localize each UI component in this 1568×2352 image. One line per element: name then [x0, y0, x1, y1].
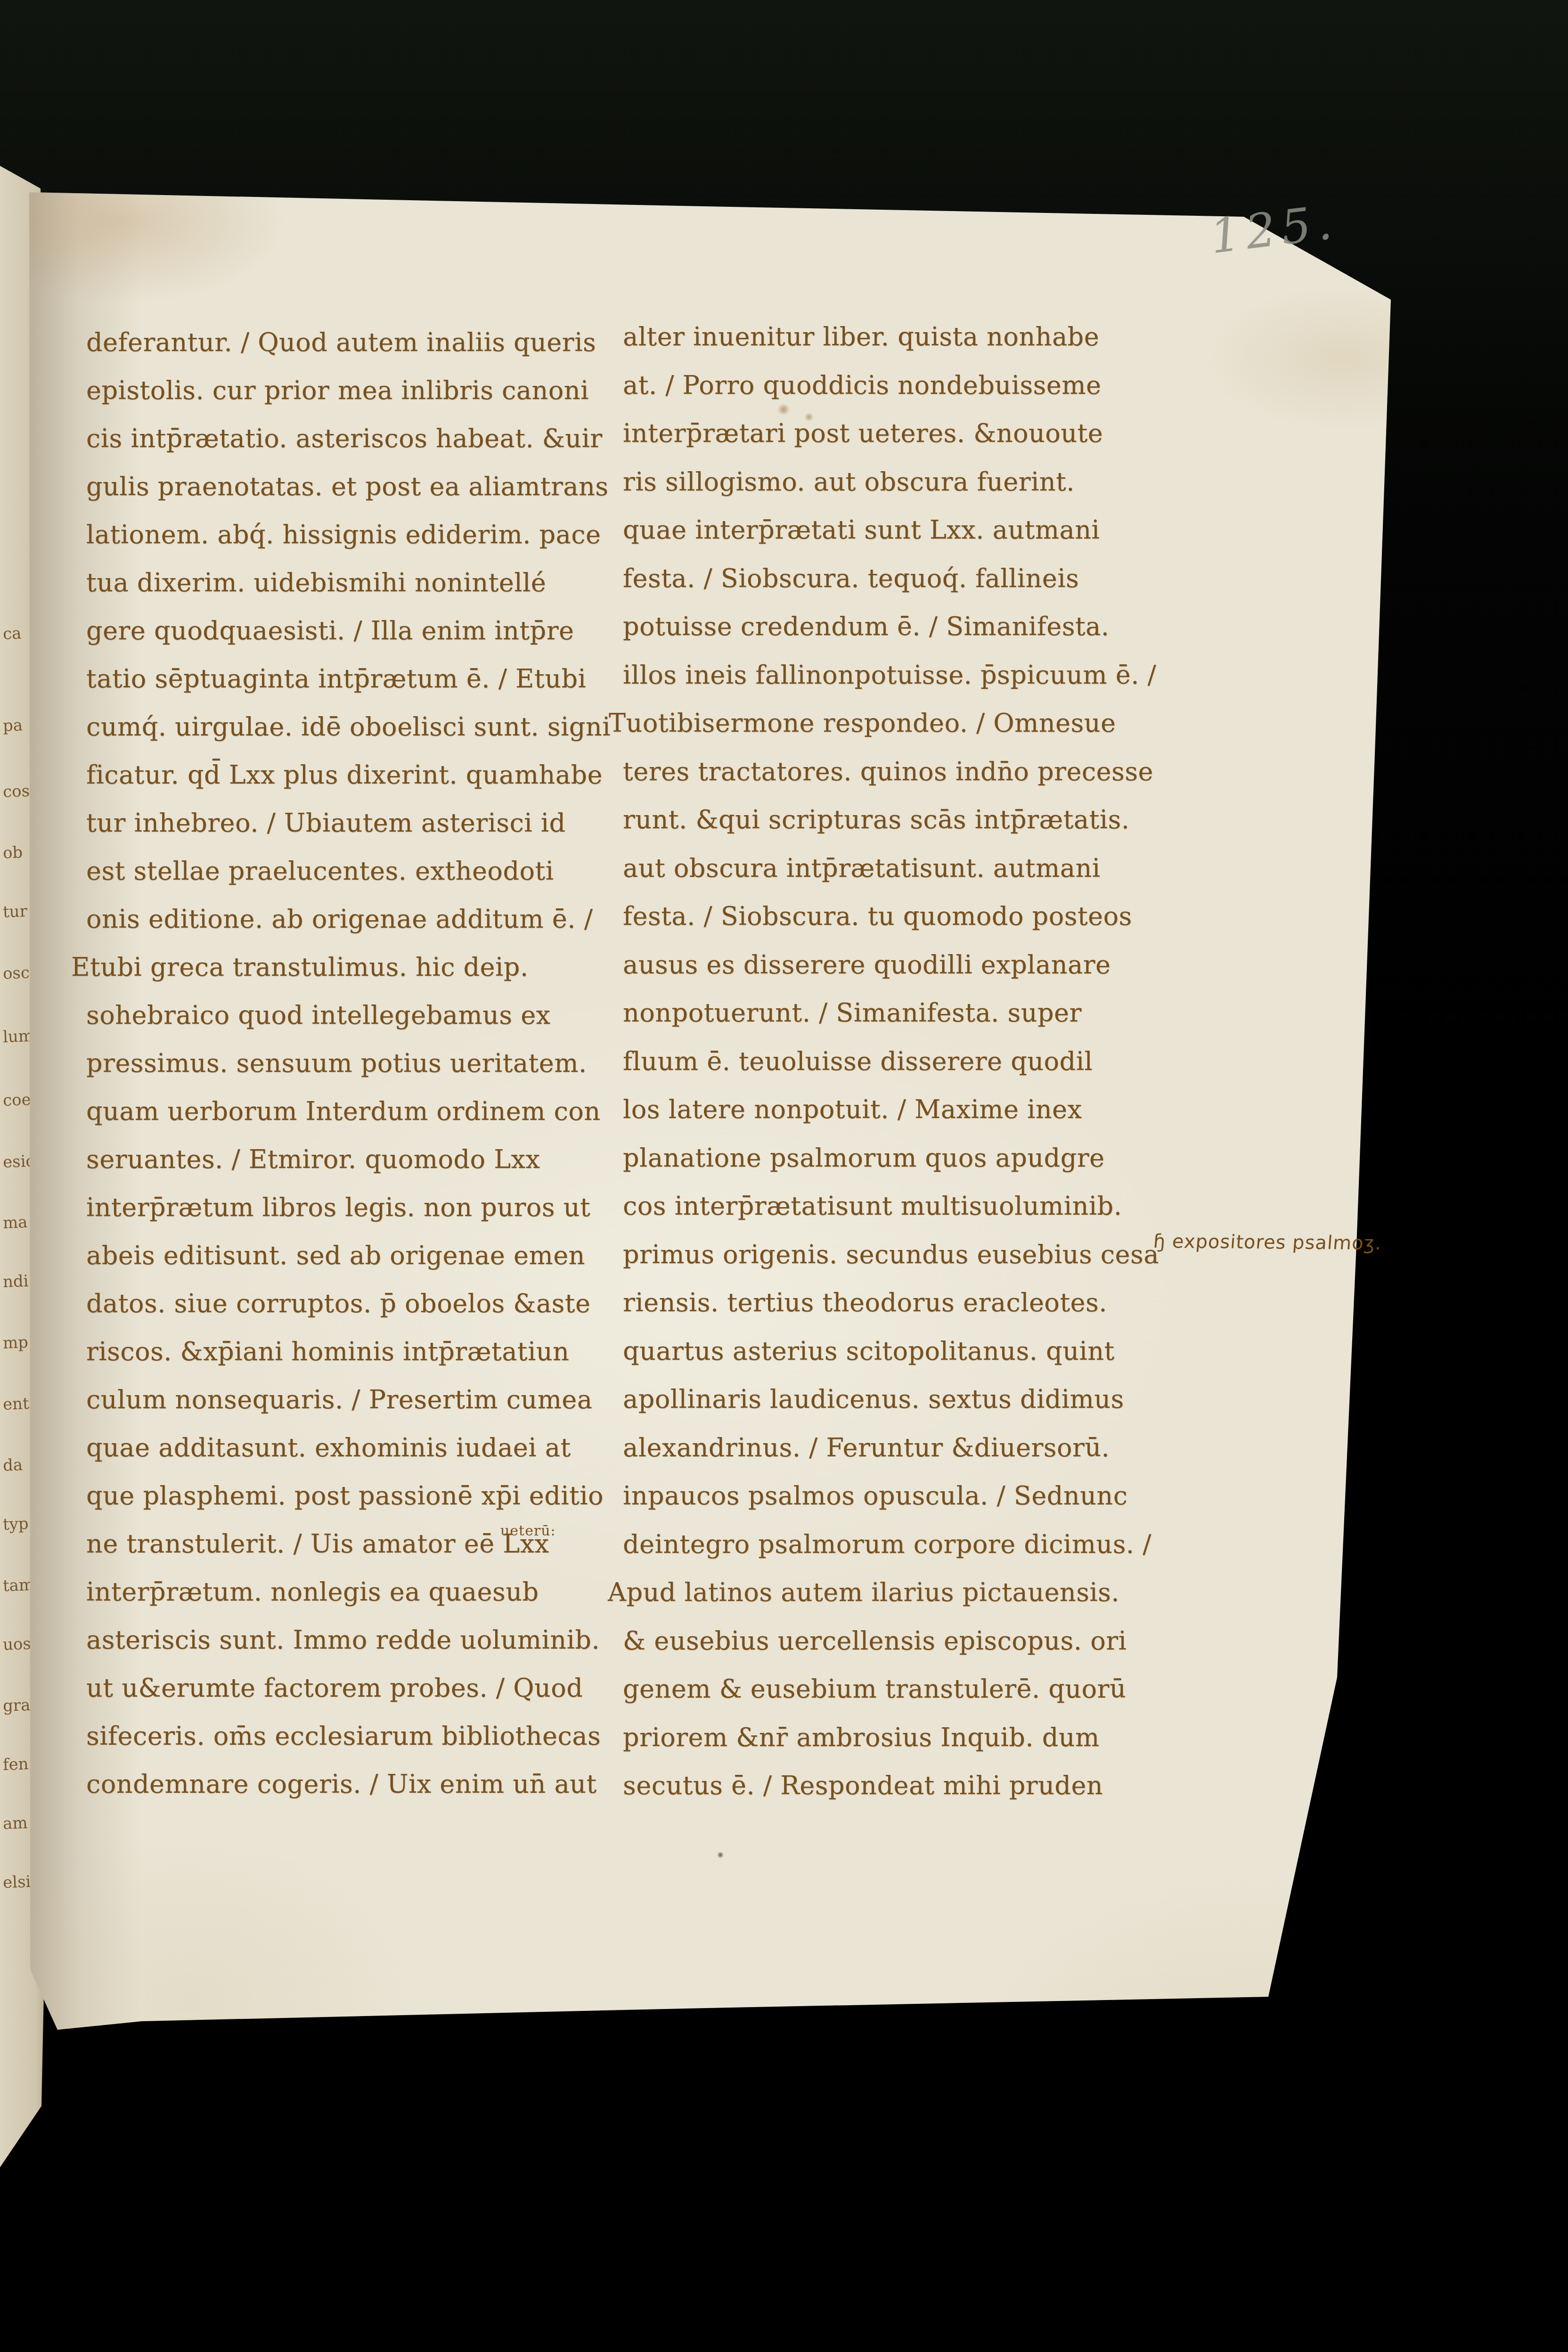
- manuscript-line: teres tractatores. quinos indn̄o precess…: [623, 759, 1153, 784]
- manuscript-line: onis editione. ab origenae additum ē. /: [86, 906, 593, 932]
- manuscript-line: quae additasunt. exhominis iudaei at: [86, 1435, 571, 1461]
- gutter-text-fragment: ent: [2, 1394, 29, 1414]
- gutter-text-fragment: elsi: [2, 1872, 31, 1892]
- manuscript-line: epistolis. cur prior mea inlibris canoni: [86, 378, 589, 403]
- fox-spot: [776, 404, 791, 415]
- manuscript-line: interp̄rætari post ueteres. &nououte: [623, 421, 1103, 446]
- manuscript-line: gulis praenotatas. et post ea aliamtrans: [86, 474, 609, 499]
- manuscript-line: fluum ē. teuoluisse disserere quodil: [623, 1049, 1093, 1074]
- manuscript-line: aut obscura intp̄rætatisunt. autmani: [623, 856, 1101, 881]
- manuscript-line: festa. / Siobscura. tequoq́. fallineis: [623, 566, 1079, 591]
- manuscript-line: alexandrinus. / Feruntur &diuersorū.: [623, 1435, 1110, 1461]
- manuscript-line: datos. siue corruptos. p̄ oboelos &aste: [86, 1291, 590, 1316]
- manuscript-line: tur inhebreo. / Ubiautem asterisci id: [86, 810, 566, 836]
- gutter-text-fragment: lum: [2, 1027, 33, 1046]
- manuscript-line: ris sillogismo. aut obscura fuerint.: [623, 469, 1075, 495]
- manuscript-line: interp̄rætum. nonlegis ea quaesub: [86, 1579, 539, 1605]
- gutter-text-fragment: coe: [2, 1090, 31, 1110]
- manuscript-line: cis intp̄rætatio. asteriscos habeat. &ui…: [86, 426, 603, 451]
- gutter-text-fragment: mp: [2, 1333, 28, 1353]
- gutter-text-fragment: ob: [2, 843, 23, 862]
- gutter-text-fragment: typ: [2, 1514, 29, 1534]
- manuscript-line: cumq́. uirgulae. idē oboelisci sunt. sig…: [86, 714, 611, 740]
- manuscript-line: deferantur. / Quod autem inaliis queris: [86, 330, 596, 355]
- gutter-text-fragment: pa: [2, 716, 23, 735]
- manuscript-line: ut u&erumte factorem probes. / Quod: [86, 1675, 583, 1701]
- gutter-text-fragment: tur: [2, 902, 27, 922]
- manuscript-line: sohebraico quod intellegebamus ex: [86, 1003, 551, 1028]
- manuscript-line: deintegro psalmorum corpore dicimus. /: [623, 1532, 1151, 1557]
- manuscript-line: ne transtulerit. / Uis amator eē Lxx: [86, 1531, 549, 1557]
- manuscript-line: seruantes. / Etmiror. quomodo Lxx: [86, 1147, 540, 1172]
- manuscript-line: at. / Porro quoddicis nondebuisseme: [623, 373, 1101, 398]
- manuscript-line: apollinaris laudicenus. sextus didimus: [623, 1387, 1124, 1412]
- manuscript-line: primus origenis. secundus eusebius cesa: [623, 1242, 1159, 1267]
- manuscript-line: quartus asterius scitopolitanus. quint: [623, 1339, 1115, 1364]
- manuscript-line: los latere nonpotuit. / Maxime inex: [623, 1097, 1082, 1122]
- manuscript-line: runt. &qui scripturas scās intp̄rætatis.: [623, 807, 1129, 833]
- manuscript-line: gere quodquaesisti. / Illa enim intp̄re: [86, 618, 574, 644]
- manuscript-line: nonpotuerunt. / Simanifesta. super: [623, 1000, 1082, 1026]
- manuscript-line: potuisse credendum ē. / Simanifesta.: [623, 614, 1109, 639]
- manuscript-line: ficatur. qd̄ Lxx plus dixerint. quamhabe: [86, 762, 603, 788]
- gutter-text-fragment: fen: [2, 1755, 29, 1774]
- gutter-text-fragment: tam: [2, 1576, 34, 1595]
- manuscript-line: condemnare cogeris. / Uix enim un̄ aut: [86, 1772, 597, 1797]
- manuscript-line: illos ineis fallinonpotuisse. p̄spicuum …: [623, 662, 1156, 688]
- manuscript-line: ausus es disserere quodilli explanare: [623, 952, 1111, 978]
- manuscript-line: asteriscis sunt. Immo redde uoluminib.: [86, 1627, 600, 1653]
- manuscript-line: sifeceris. om̄s ecclesiarum bibliothecas: [86, 1723, 601, 1749]
- manuscript-line: Apud latinos autem ilarius pictauensis.: [608, 1580, 1119, 1605]
- manuscript-line: Tuotibisermone respondeo. / Omnesue: [609, 710, 1116, 736]
- manuscript-line: est stellae praelucentes. extheodoti: [86, 858, 554, 884]
- manuscript-line: tatio sēptuaginta intp̄rætum ē. / Etubi: [86, 666, 586, 692]
- manuscript-line: priorem &nr̄ ambrosius Inquib. dum: [623, 1725, 1100, 1750]
- manuscript-line: inpaucos psalmos opuscula. / Sednunc: [623, 1483, 1127, 1509]
- manuscript-line: interp̄rætum libros legis. non puros ut: [86, 1195, 590, 1220]
- manuscript-line: festa. / Siobscura. tu quomodo posteos: [623, 904, 1132, 929]
- manuscript-line: riensis. tertius theodorus eracleotes.: [623, 1290, 1107, 1315]
- gutter-text-fragment: ma: [2, 1213, 28, 1233]
- manuscript-line: culum nonsequaris. / Presertim cumea: [86, 1387, 593, 1413]
- manuscript-line: genem & eusebium transtulerē. quorū: [623, 1676, 1126, 1702]
- manuscript-line: lationem. abq́. hissignis ediderim. pace: [86, 522, 601, 547]
- manuscript-line: secutus ē. / Respondeat mihi pruden: [623, 1773, 1103, 1798]
- manuscript-line: pressimus. sensuum potius ueritatem.: [86, 1051, 587, 1076]
- manuscript-line: abeis editisunt. sed ab origenae emen: [86, 1243, 585, 1268]
- manuscript-line: planatione psalmorum quos apudgre: [623, 1145, 1105, 1171]
- manuscript-line: & eusebius uercellensis episcopus. ori: [623, 1628, 1127, 1654]
- gutter-text-fragment: da: [2, 1455, 23, 1475]
- photo-canvas: capacosobturoscaslumcoeesichomandimpentd…: [0, 0, 1568, 2352]
- pencil-folio-number: 125.: [1207, 194, 1340, 264]
- gutter-text-fragment: ndi: [2, 1272, 29, 1291]
- manuscript-line: tua dixerim. uidebismihi nonintellé: [86, 570, 546, 596]
- interlinear-gloss: ueterū:: [500, 1523, 556, 1539]
- manuscript-line: quam uerborum Interdum ordinem con: [86, 1099, 601, 1124]
- gutter-text-fragment: ca: [2, 624, 22, 643]
- manuscript-line: quae interp̄rætati sunt Lxx. autmani: [623, 517, 1100, 543]
- manuscript-line: riscos. &xp̄iani hominis intp̄rætatiun: [86, 1339, 569, 1364]
- gutter-text-fragment: cos: [2, 782, 30, 801]
- gutter-text-fragment: am: [2, 1813, 28, 1833]
- ink-dot: [717, 1852, 724, 1858]
- manuscript-line: alter inuenitur liber. quista nonhabe: [623, 324, 1099, 350]
- gutter-text-fragment: gra: [2, 1696, 31, 1715]
- gutter-text-fragment: uos: [2, 1634, 31, 1654]
- manuscript-line: que plasphemi. post passionē xp̄i editio: [86, 1483, 604, 1509]
- margin-annotation: ɧ expositores psalmoʒ.: [1152, 1231, 1382, 1254]
- manuscript-line: cos interp̄rætatisunt multisuoluminib.: [623, 1193, 1122, 1219]
- manuscript-line: Etubi greca transtulimus. hic deip.: [71, 955, 529, 980]
